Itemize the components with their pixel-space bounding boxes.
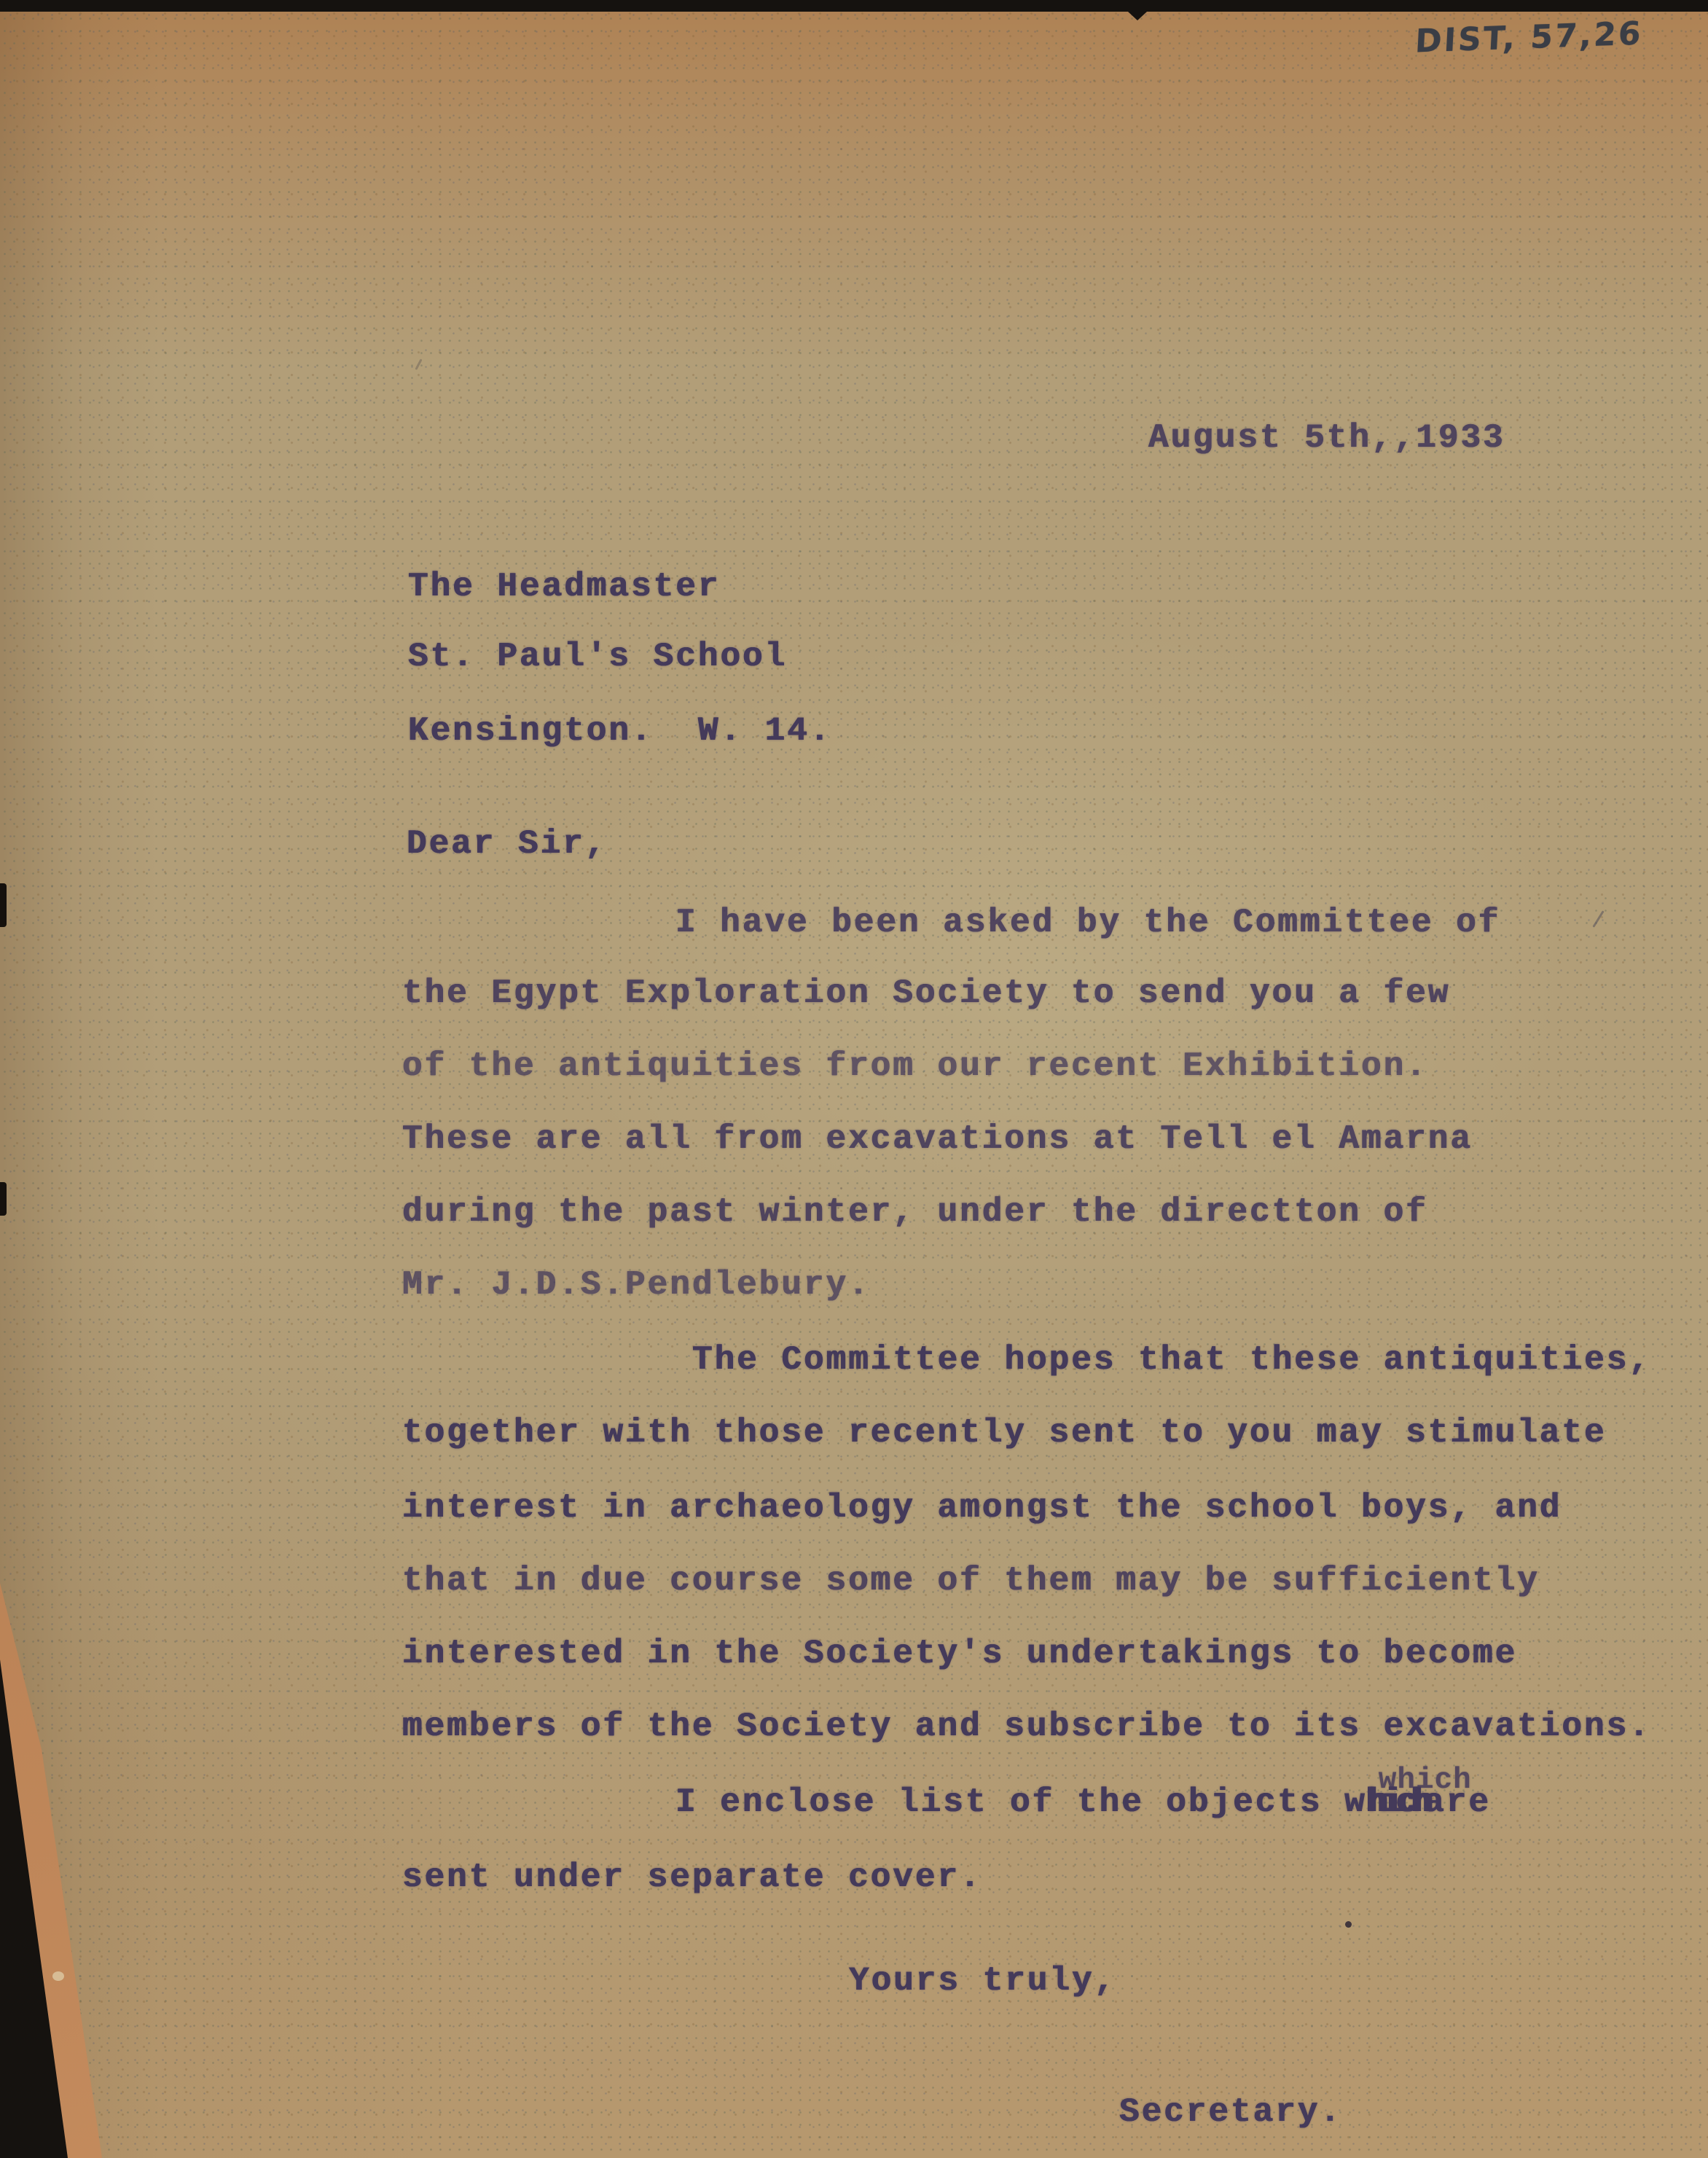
body-line: I have been asked by the Committee of [675,906,1500,939]
body-line: of the antiquities from our recent Exhib… [402,1049,1428,1083]
salutation-line: Dear Sir, [407,827,607,861]
closing-line: Yours truly, [849,1964,1116,1998]
body-line: interested in the Society's undertakings… [402,1637,1517,1670]
scan-edge-mark [0,883,7,927]
date-line: August 5th,,1933 [1148,421,1505,455]
recipient-line: The Headmaster [408,570,720,603]
recipient-line: St. Paul's School [408,640,787,673]
body-line: that in due course some of them may be s… [402,1564,1540,1598]
body-line: sent under separate cover. [402,1861,982,1894]
body-line: the Egypt Exploration Society to send yo… [402,977,1450,1010]
ink-speck [1345,1921,1352,1928]
body-line: interest in archaeology amongst the scho… [402,1491,1562,1525]
body-line-with-correction: I enclose list of the objects whichwhich… [675,1786,1491,1819]
overstrike-correction: hichwhich [1367,1786,1427,1819]
correction-pre: I enclose list of the objects w [675,1783,1367,1821]
body-line: during the past winter, under the direct… [402,1195,1428,1229]
body-line: members of the Society and subscribe to … [402,1710,1651,1743]
body-line: The Committee hopes that these antiquiti… [692,1343,1651,1377]
scanned-letter-page: DIST, 57,26 August 5th,,1933 The Headmas… [0,0,1708,2158]
recipient-line: Kensington. W. 14. [408,714,832,748]
raised-correction-word: which [1379,1766,1472,1796]
body-line: together with those recently sent to you… [402,1416,1607,1450]
scan-edge-mark [0,1182,7,1216]
body-line: These are all from excavations at Tell e… [402,1122,1473,1156]
signature-line: Secretary. [1119,2095,1342,2129]
paper-fleck [52,1971,64,1981]
body-line: Mr. J.D.S.Pendlebury. [402,1268,871,1302]
